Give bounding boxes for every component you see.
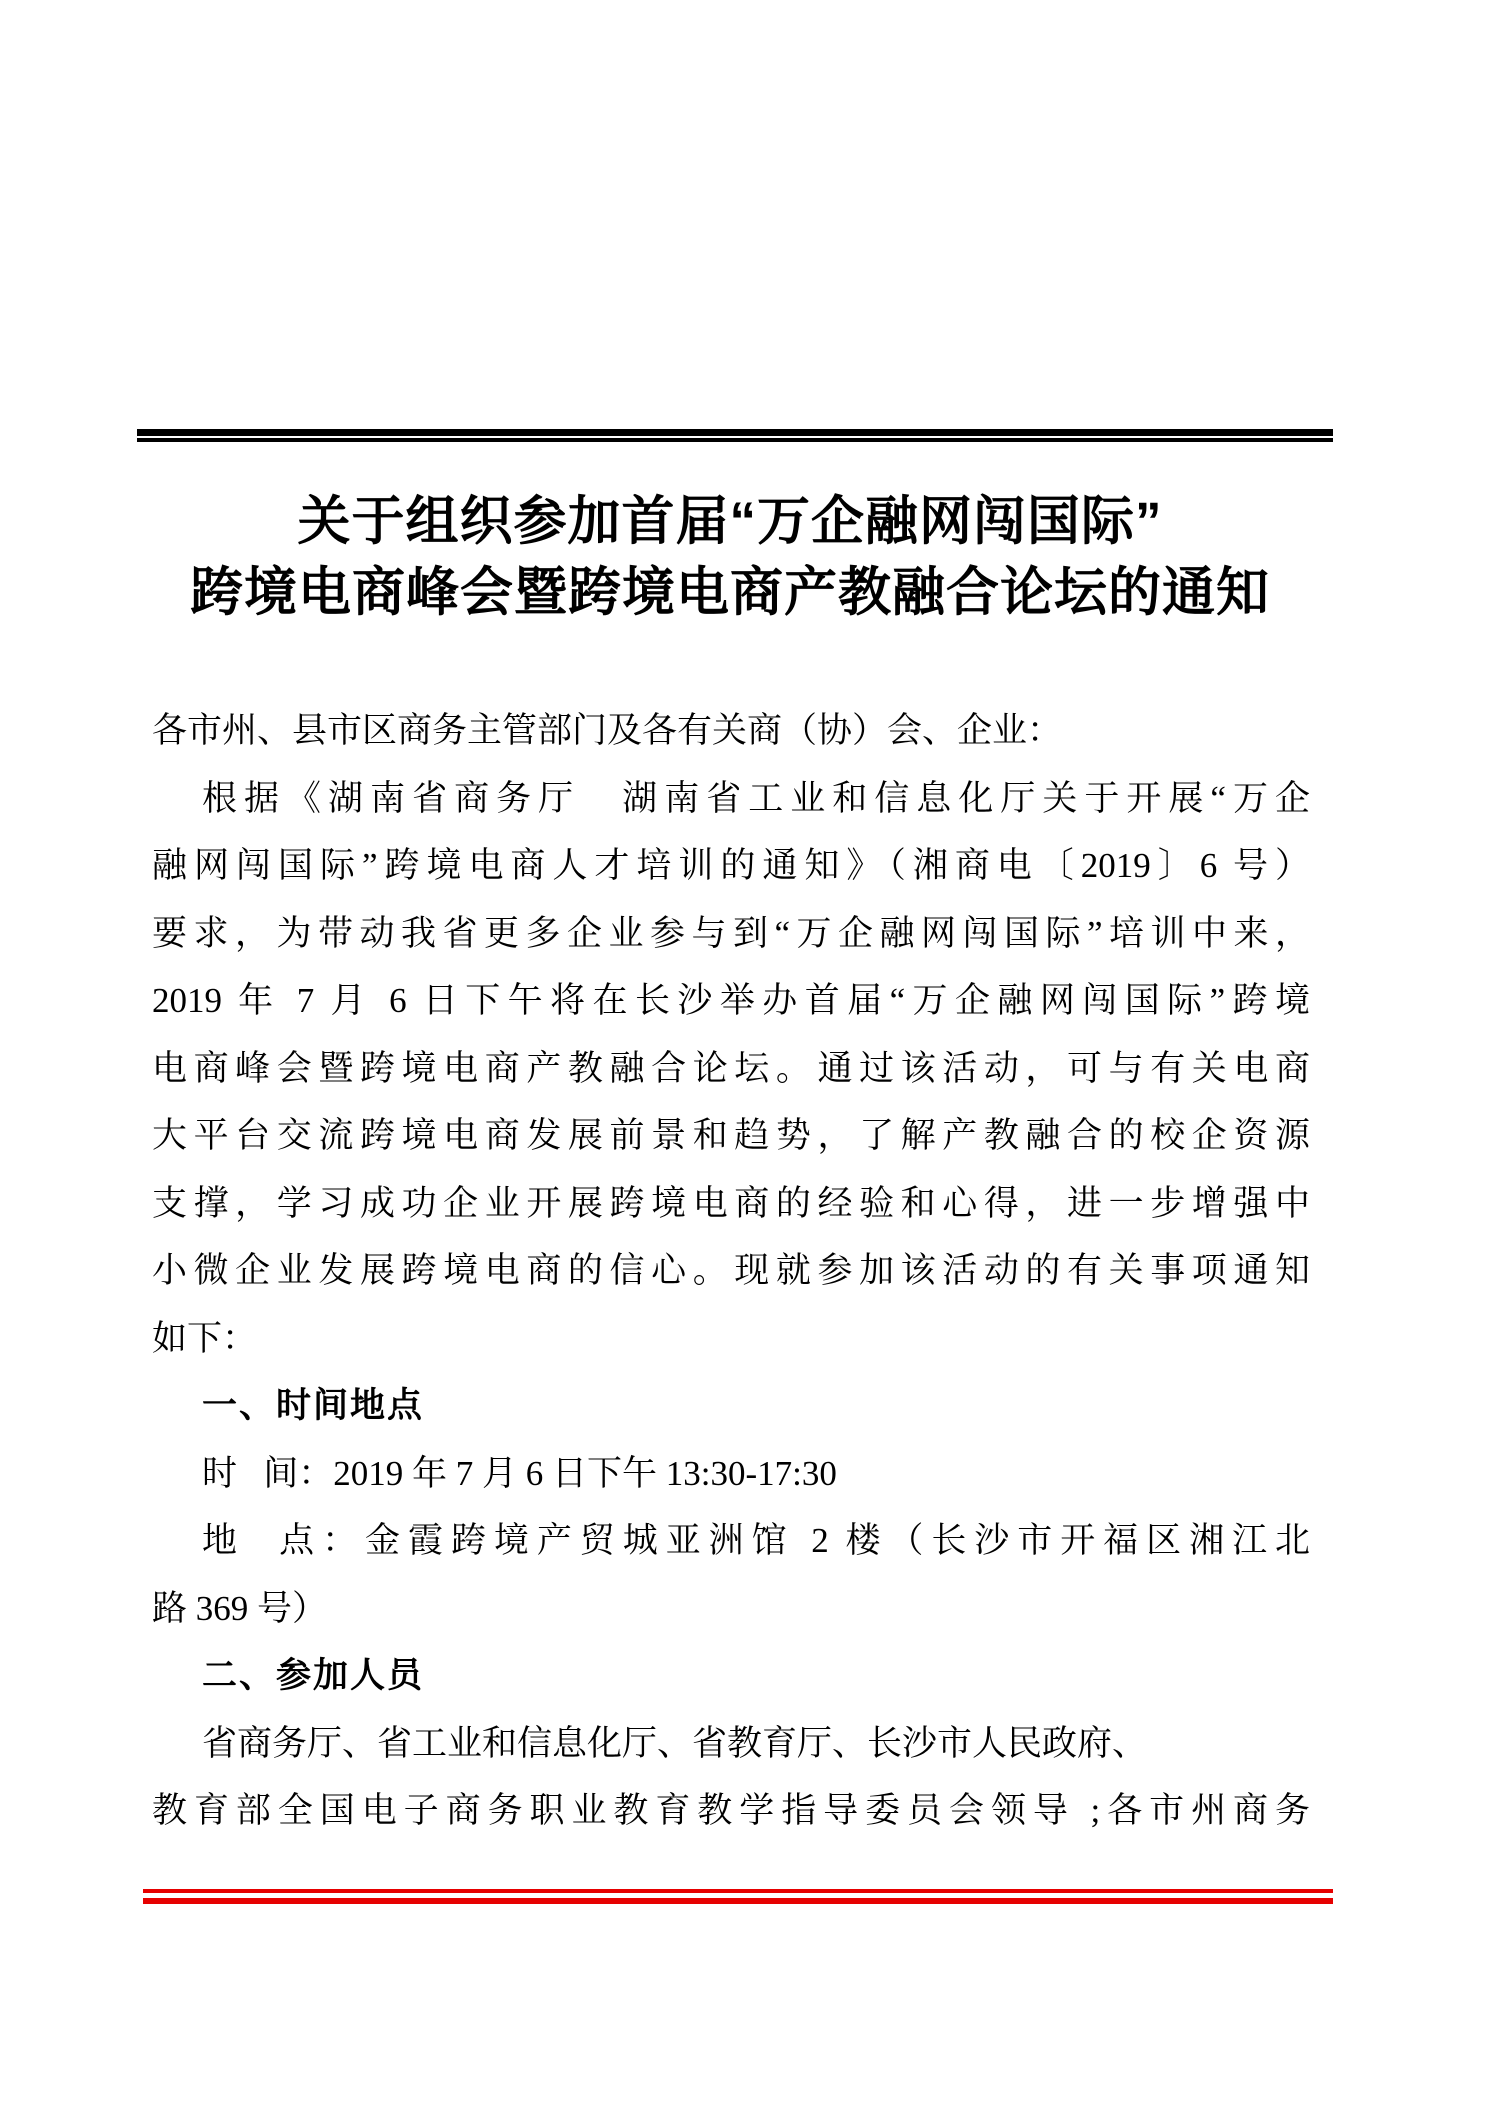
- body-line: 根据《湖南省商务厅 湖南省工业和信息化厅关于开展“万企: [152, 765, 1310, 833]
- place-line-cont: 路 369 号）: [152, 1575, 1310, 1643]
- header-double-rule: [137, 429, 1333, 442]
- title-line-1: 关于组织参加首届“万企融网闯国际”: [150, 486, 1310, 557]
- body-line: 2019 年 7 月 6 日下午将在长沙举办首届“万企融网闯国际”跨境: [152, 967, 1310, 1035]
- body-line: 教育部全国电子商务职业教育教学指导委员会领导 ;各市州商务: [152, 1777, 1310, 1845]
- section-heading-2: 二、参加人员: [152, 1642, 1310, 1710]
- section-heading-1: 一、时间地点: [152, 1372, 1310, 1440]
- body-line: 要求，为带动我省更多企业参与到“万企融网闯国际”培训中来，: [152, 900, 1310, 968]
- body-line: 融网闯国际”跨境电商人才培训的通知》（湘商电〔2019〕6 号）: [152, 832, 1310, 900]
- body-line: 小微企业发展跨境电商的信心。现就参加该活动的有关事项通知: [152, 1237, 1310, 1305]
- document-title: 关于组织参加首届“万企融网闯国际” 跨境电商峰会暨跨境电商产教融合论坛的通知: [150, 486, 1310, 628]
- document-page: 关于组织参加首届“万企融网闯国际” 跨境电商峰会暨跨境电商产教融合论坛的通知 各…: [0, 0, 1488, 2104]
- body-line: 如下：: [152, 1305, 1310, 1373]
- time-line: 时 间：2019 年 7 月 6 日下午 13:30-17:30: [152, 1440, 1310, 1508]
- title-line-2: 跨境电商峰会暨跨境电商产教融合论坛的通知: [150, 557, 1310, 628]
- body-line: 电商峰会暨跨境电商产教融合论坛。通过该活动，可与有关电商: [152, 1035, 1310, 1103]
- document-body: 各市州、县市区商务主管部门及各有关商（协）会、企业： 根据《湖南省商务厅 湖南省…: [152, 697, 1310, 1845]
- place-line: 地 点：金霞跨境产贸城亚洲馆 2 楼（长沙市开福区湘江北: [152, 1507, 1310, 1575]
- salutation-line: 各市州、县市区商务主管部门及各有关商（协）会、企业：: [152, 697, 1310, 765]
- footer-double-rule: [143, 1889, 1333, 1904]
- body-line: 支撑，学习成功企业开展跨境电商的经验和心得，进一步增强中: [152, 1170, 1310, 1238]
- body-line: 大平台交流跨境电商发展前景和趋势，了解产教融合的校企资源: [152, 1102, 1310, 1170]
- body-line: 省商务厅、省工业和信息化厅、省教育厅、长沙市人民政府、: [152, 1710, 1310, 1778]
